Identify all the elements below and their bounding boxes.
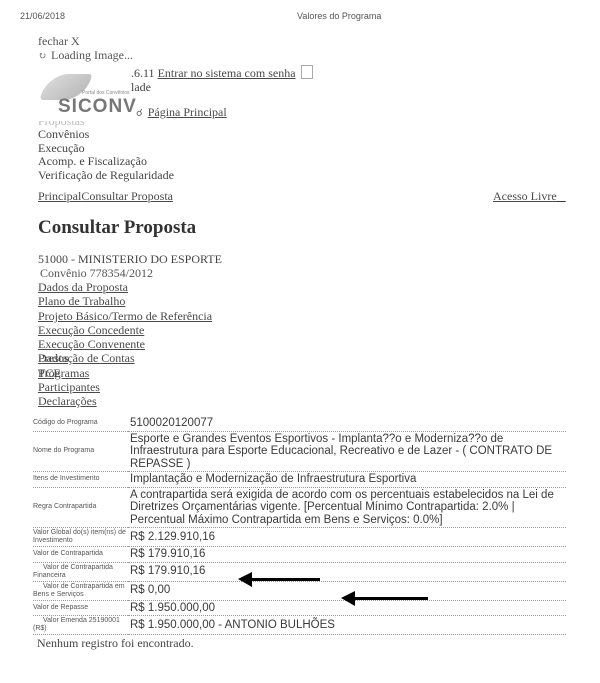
nav-plano-trabalho[interactable]: Plano de Trabalho	[38, 294, 125, 308]
table-row: Valor de Contrapartida em Bens e Serviço…	[33, 581, 566, 600]
siconv-logo[interactable]: Portal dos Convênios SICONV	[40, 70, 132, 118]
home-link-wrap: ☌ Página Principal	[136, 105, 227, 120]
row-value: R$ 179.910,16	[128, 562, 566, 581]
empty-message: Nenhum registro foi encontrado.	[37, 636, 194, 651]
print-date: 21/06/2018	[20, 11, 65, 21]
table-row: Valor Emenda 25190001 (R$) R$ 1.950.000,…	[33, 616, 566, 635]
table-row: Regra Contrapartida A contrapartida será…	[33, 487, 566, 528]
nav-execucao-convenente[interactable]: Execução Convenente	[38, 337, 145, 351]
table-row: Valor Global do(s) item(ns) de Investime…	[33, 528, 566, 547]
version-number: .6.11	[131, 66, 155, 80]
row-label: Itens de Investimento	[33, 472, 128, 488]
nav-tce-overlap[interactable]: TCE	[38, 366, 61, 380]
row-label: Nome do Programa	[33, 431, 128, 472]
annotation-arrow-left-icon	[250, 578, 320, 581]
row-label: Código do Programa	[33, 416, 128, 431]
nav-participantes[interactable]: Participantes	[38, 380, 100, 394]
loading-text: Loading Image...	[51, 48, 133, 62]
main-menu: Propostas Convênios Execução Acomp. e Fi…	[38, 121, 174, 182]
acesso-livre-link[interactable]: Acesso Livre	[493, 189, 557, 203]
home-link[interactable]: Página Principal	[148, 105, 227, 119]
loading-indicator: ↻ Loading Image...	[38, 48, 133, 63]
header-fragment: lade	[131, 80, 151, 95]
menu-item-convenios[interactable]: Convênios	[38, 128, 174, 142]
convenio-number: Convênio 778354/2012	[40, 266, 153, 281]
table-row: Valor de Contrapartida R$ 179.910,16	[33, 547, 566, 563]
table-row: Itens de Investimento Implantação e Mode…	[33, 472, 566, 488]
nav-dados-overlap[interactable]: Dados	[38, 351, 69, 365]
row-value: R$ 179.910,16	[128, 547, 566, 563]
row-value: R$ 1.950.000,00 - ANTONIO BULHÕES	[128, 616, 566, 635]
breadcrumb: PrincipalConsultar Proposta	[38, 189, 173, 204]
nav-dados-proposta[interactable]: Dados da Proposta	[38, 280, 128, 294]
table-row: Código do Programa 5100020120077	[33, 416, 566, 431]
login-link[interactable]: Entrar no sistema com senha	[158, 66, 296, 80]
proposal-nav: Dados da Proposta Plano de Trabalho Proj…	[38, 280, 212, 409]
ministry: 51000 - MINISTERIO DO ESPORTE	[38, 252, 222, 267]
login-checkbox[interactable]	[301, 65, 313, 79]
nav-declaracoes[interactable]: Declarações	[38, 394, 97, 408]
row-label: Valor de Repasse	[33, 600, 128, 616]
breadcrumb-principal[interactable]: Principal	[38, 189, 81, 203]
row-label: Valor de Contrapartida Financeira	[33, 562, 128, 581]
menu-item-verificacao-regularidade[interactable]: Verificação de Regularidade	[38, 169, 174, 183]
spinner-icon: ↻	[38, 51, 48, 62]
row-value: Implantação e Modernização de Infraestru…	[128, 472, 566, 488]
access-link-wrap: Acesso Livre	[493, 189, 566, 204]
menu-item-acomp-fiscalizacao[interactable]: Acomp. e Fiscalização	[38, 155, 174, 169]
program-values-table: Código do Programa 5100020120077 Nome do…	[33, 416, 566, 635]
annotation-arrow-left-icon	[353, 597, 428, 600]
row-label: Valor Global do(s) item(ns) de Investime…	[33, 528, 128, 547]
table-row: Nome do Programa Esporte e Grandes Event…	[33, 431, 566, 472]
nav-projeto-basico[interactable]: Projeto Básico/Termo de Referência	[38, 309, 212, 323]
row-label: Valor de Contrapartida em Bens e Serviço…	[33, 581, 128, 600]
home-icon: ☌	[136, 108, 143, 119]
print-title: Valores do Programa	[297, 11, 381, 21]
row-value: A contrapartida será exigida de acordo c…	[128, 487, 566, 528]
row-value: R$ 2.129.910,16	[128, 528, 566, 547]
version-bar: .6.11 Entrar no sistema com senha	[131, 65, 313, 81]
close-link[interactable]: fechar X	[38, 34, 80, 49]
logo-text: SICONV	[58, 96, 137, 118]
nav-execucao-concedente[interactable]: Execução Concedente	[38, 323, 144, 337]
row-label: Valor Emenda 25190001 (R$)	[33, 616, 128, 635]
row-value: 5100020120077	[128, 416, 566, 431]
row-label: Regra Contrapartida	[33, 487, 128, 528]
table-row: Valor de Repasse R$ 1.950.000,00	[33, 600, 566, 616]
row-label: Valor de Contrapartida	[33, 547, 128, 563]
breadcrumb-current[interactable]: Consultar Proposta	[81, 189, 173, 203]
row-value: Esporte e Grandes Eventos Esportivos - I…	[128, 431, 566, 472]
page-title: Consultar Proposta	[38, 217, 196, 239]
menu-item-execucao[interactable]: Execução	[38, 142, 174, 156]
